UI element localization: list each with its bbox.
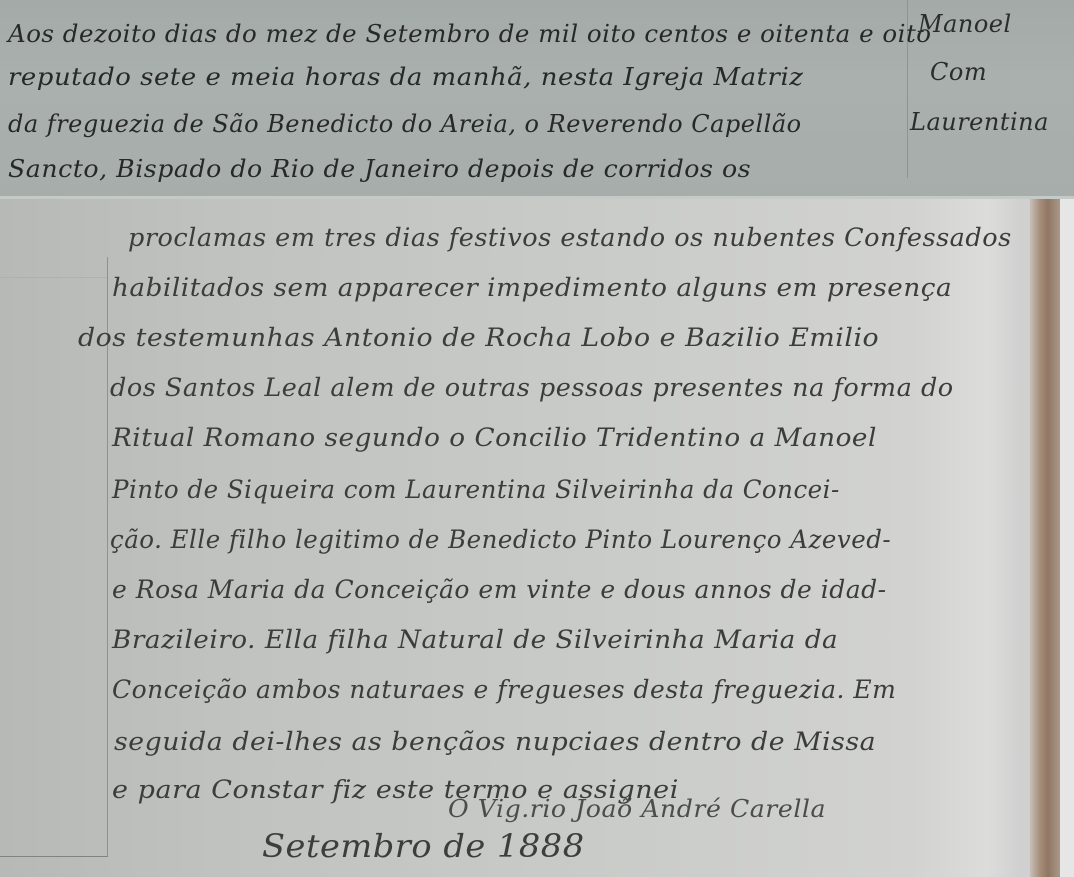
book-binding-gutter xyxy=(1030,199,1060,877)
margin-note-bride: Laurentina xyxy=(910,108,1049,136)
record-line: proclamas em tres dias festivos estando … xyxy=(128,223,1012,252)
record-line: habilitados sem apparecer impedimento al… xyxy=(112,273,952,302)
record-line: da freguezia de São Benedicto do Areia, … xyxy=(8,110,802,138)
faint-rule xyxy=(0,277,108,278)
register-page: proclamas em tres dias festivos estando … xyxy=(0,199,1074,877)
record-line: dos testemunhas Antonio de Rocha Lobo e … xyxy=(78,323,879,352)
record-line: dos Santos Leal alem de outras pessoas p… xyxy=(110,373,954,402)
record-line: reputado sete e meia horas da manhã, nes… xyxy=(8,63,803,91)
top-strip-previous-page: Aos dezoito dias do mez de Setembro de m… xyxy=(0,0,1074,199)
manuscript-scan: Aos dezoito dias do mez de Setembro de m… xyxy=(0,0,1074,877)
record-line: Pinto de Siqueira com Laurentina Silveir… xyxy=(112,475,840,504)
record-line: ção. Elle filho legitimo de Benedicto Pi… xyxy=(110,525,891,554)
record-line: Conceição ambos naturaes e fregueses des… xyxy=(112,675,896,704)
record-line: e Rosa Maria da Conceição em vinte e dou… xyxy=(112,575,887,604)
margin-note-groom: Manoel xyxy=(918,10,1012,38)
record-date: Setembro de 1888 xyxy=(262,827,585,865)
margin-note-with: Com xyxy=(930,58,987,86)
record-line: Aos dezoito dias do mez de Setembro de m… xyxy=(8,20,932,48)
record-line: Sancto, Bispado do Rio de Janeiro depois… xyxy=(8,155,751,183)
record-line: Ritual Romano segundo o Concilio Trident… xyxy=(112,423,877,452)
page-edge xyxy=(1060,199,1074,877)
priest-signature: O Vig.rio Joaõ André Carella xyxy=(448,795,826,823)
bottom-rule xyxy=(0,856,108,857)
record-line: seguida dei-lhes as bençãos nupciaes den… xyxy=(114,727,876,756)
record-line: Brazileiro. Ella filha Natural de Silvei… xyxy=(112,625,838,654)
